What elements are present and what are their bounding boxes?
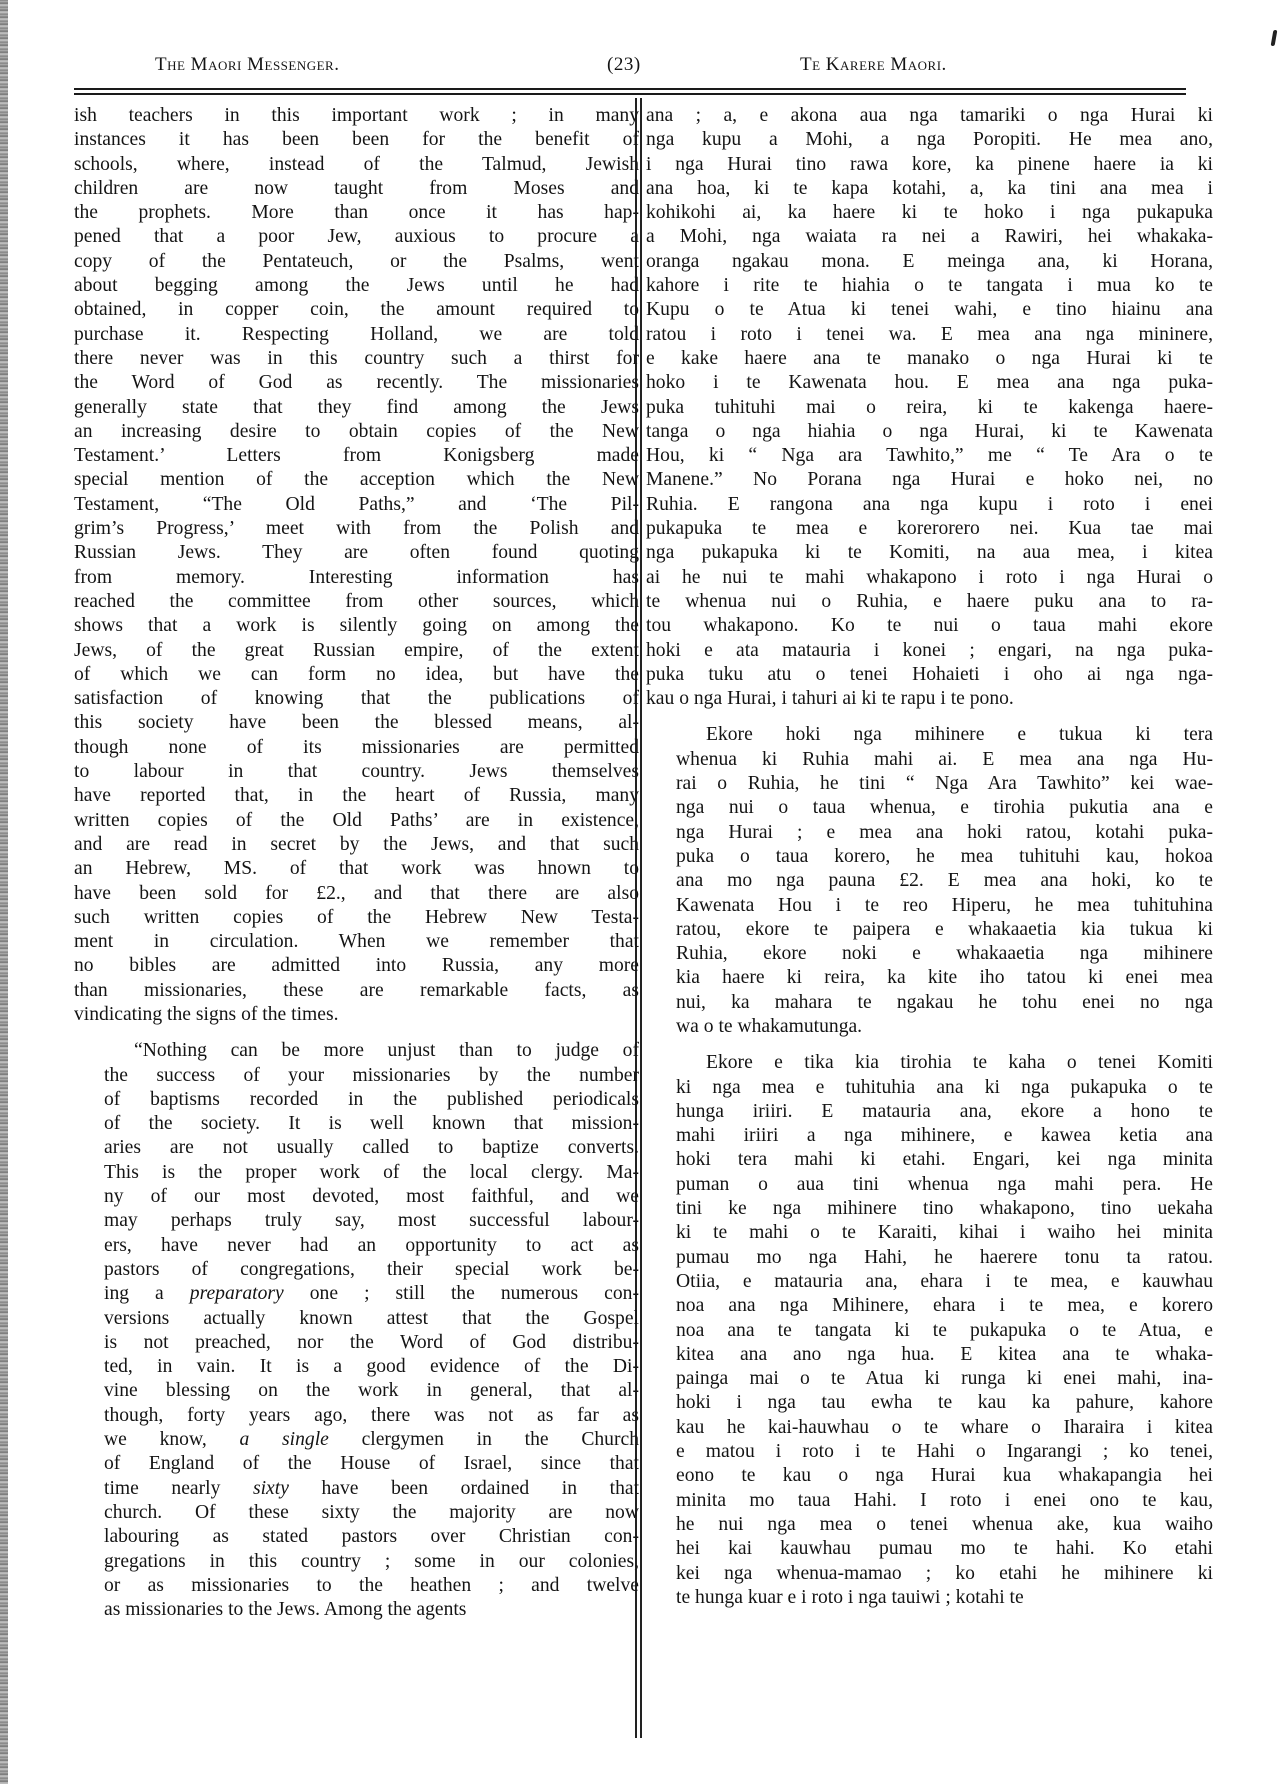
text-line: e matou i roto i te Hahi o Ingarangi ; k… <box>646 1440 1213 1464</box>
text-line: rai o Ruhia, he tini “ Nga Ara Tawhito” … <box>646 772 1213 796</box>
text-line: This is the proper work of the local cle… <box>74 1161 639 1185</box>
text-line: e kake haere ana te manako o nga Hurai k… <box>646 347 1213 371</box>
text-line: oranga ngakau mona. E meinga ana, ki Hor… <box>646 250 1213 274</box>
text-line: satisfaction of knowing that the publica… <box>74 687 639 711</box>
text-line: kohikohi ai, ka haere ki te hoko i nga p… <box>646 201 1213 225</box>
text-line: ana hoa, ki te kapa kotahi, a, ka tini a… <box>646 177 1213 201</box>
text-line: kei nga whenua-mamao ; ko etahi he mihin… <box>646 1562 1213 1586</box>
text-line: pened that a poor Jew, auxious to procur… <box>74 225 639 249</box>
text-line: shows that a work is silently going on a… <box>74 614 639 638</box>
paragraph: Ekore hoki nga mihinere e tukua ki teraw… <box>646 723 1213 1039</box>
page-number: (23) <box>607 54 641 76</box>
text-line: an increasing desire to obtain copies of… <box>74 420 639 444</box>
text-line: of which we can form no idea, but have t… <box>74 663 639 687</box>
text-line: purchase it. Respecting Holland, we are … <box>74 323 639 347</box>
text-line: we know, a single clergymen in the Churc… <box>74 1428 639 1452</box>
text-line: as missionaries to the Jews. Among the a… <box>74 1598 639 1622</box>
text-line: Testament.’ Letters from Konigsberg made <box>74 444 639 468</box>
english-column: ish teachers in this important work ; in… <box>74 104 639 1622</box>
text-line: a Mohi, nga waiata ra nei a Rawiri, hei … <box>646 225 1213 249</box>
text-line: ana mo nga pauna £2. E mea ana hoki, ko … <box>646 869 1213 893</box>
publication-title-maori: Te Karere Maori. <box>800 54 947 76</box>
paragraph: ana ; a, e akona aua nga tamariki o nga … <box>646 104 1213 711</box>
text-line: from memory. Interesting information has <box>74 566 639 590</box>
text-line: may perhaps truly say, most successful l… <box>74 1209 639 1233</box>
text-line: though, forty years ago, there was not a… <box>74 1404 639 1428</box>
text-line: ers, have never had an opportunity to ac… <box>74 1234 639 1258</box>
text-line: wa o te whakamutunga. <box>646 1015 1213 1039</box>
text-line: nga nui o taua whenua, e tirohia pukutia… <box>646 796 1213 820</box>
text-line: hoki e ata matauria i konei ; engari, na… <box>646 639 1213 663</box>
text-line: hoki i nga tau ewha te kau ka pahure, ka… <box>646 1391 1213 1415</box>
text-line: te hunga kuar e i roto i nga tauiwi ; ko… <box>646 1586 1213 1610</box>
text-line: ratou, ekore te paipera e whakaaetia kia… <box>646 918 1213 942</box>
text-line: church. Of these sixty the majority are … <box>74 1501 639 1525</box>
text-line: Ekore e tika kia tirohia te kaha o tenei… <box>646 1051 1213 1075</box>
text-line: copy of the Pentateuch, or the Psalms, w… <box>74 250 639 274</box>
text-line: Kupu o te Atua ki tenei wahi, e tino hia… <box>646 298 1213 322</box>
text-line: or as missionaries to the heathen ; and … <box>74 1574 639 1598</box>
text-line: minita mo taua Hahi. I roto i enei ono t… <box>646 1489 1213 1513</box>
header-rule-thin <box>74 93 1186 95</box>
text-line: nui, ka mahara te ngakau he tohu enei no… <box>646 991 1213 1015</box>
text-line: Jews, of the great Russian empire, of th… <box>74 639 639 663</box>
text-line: vine blessing on the work in general, th… <box>74 1379 639 1403</box>
text-line: hoki tera mahi ki etahi. Engari, kei nga… <box>646 1148 1213 1172</box>
text-line: tanga o nga hiahia o nga Hurai, ki te Ka… <box>646 420 1213 444</box>
text-line: special mention of the acception which t… <box>74 468 639 492</box>
text-line: tou whakapono. Ko te nui o taua mahi eko… <box>646 614 1213 638</box>
text-line: Otiia, e matauria ana, ehara i te mea, e… <box>646 1270 1213 1294</box>
text-line: puka tuhituhi mai o reira, ki te kakenga… <box>646 396 1213 420</box>
publication-title-english: The Maori Messenger. <box>155 54 339 76</box>
maori-column: ana ; a, e akona aua nga tamariki o nga … <box>646 104 1213 1610</box>
text-line: nga Hurai ; e mea ana hoki ratou, kotahi… <box>646 821 1213 845</box>
paragraph: ish teachers in this important work ; in… <box>74 104 639 1027</box>
text-line: this society have been the blessed means… <box>74 711 639 735</box>
text-line: ki nga mea e tuhituhia ana ki nga pukapu… <box>646 1076 1213 1100</box>
text-line: Hou, ki “ Nga ara Tawhito,” me “ Te Ara … <box>646 444 1213 468</box>
running-header: The Maori Messenger. (23) Te Karere Maor… <box>0 48 1280 82</box>
text-line: painga mai o te Atua ki runga ki enei ma… <box>646 1367 1213 1391</box>
header-rule-thick <box>74 88 1186 90</box>
text-line: vindicating the signs of the times. <box>74 1003 639 1027</box>
text-line: i nga Hurai tino rawa kore, ka pinene ha… <box>646 153 1213 177</box>
text-line: te whenua nui o Ruhia, e haere puku ana … <box>646 590 1213 614</box>
text-line: mahi iriiri a nga mihinere, e kawea keti… <box>646 1124 1213 1148</box>
text-line: noa ana nga Mihinere, ehara i te mea, e … <box>646 1294 1213 1318</box>
text-line: eono te kau o nga Hurai kua whakapangia … <box>646 1464 1213 1488</box>
text-line: of baptisms recorded in the published pe… <box>74 1088 639 1112</box>
text-line: kau o nga Hurai, i tahuri ai ki te rapu … <box>646 687 1213 711</box>
text-line: nga kupu a Mohi, a nga Poropiti. He mea … <box>646 128 1213 152</box>
text-line: versions actually known attest that the … <box>74 1307 639 1331</box>
text-line: ment in circulation. When we remember th… <box>74 930 639 954</box>
text-line: he nui nga mea o tenei whenua ake, kua w… <box>646 1513 1213 1537</box>
paragraph: “Nothing can be more unjust than to judg… <box>74 1039 639 1622</box>
text-line: Ruhia, ekore noki e whakaaetia nga mihin… <box>646 942 1213 966</box>
text-line: such written copies of the Hebrew New Te… <box>74 906 639 930</box>
text-line: labouring as stated pastors over Christi… <box>74 1525 639 1549</box>
text-line: grim’s Progress,’ meet with from the Pol… <box>74 517 639 541</box>
text-line: the success of your missionaries by the … <box>74 1064 639 1088</box>
text-line: the prophets. More than once it has hap- <box>74 201 639 225</box>
text-line: aries are not usually called to baptize … <box>74 1136 639 1160</box>
text-line: kitea ana ano nga hua. E kitea ana te wh… <box>646 1343 1213 1367</box>
text-line: gregations in this country ; some in our… <box>74 1550 639 1574</box>
text-line: kau he kai-hauwhau o te whare o Iharaira… <box>646 1416 1213 1440</box>
text-line: and are read in secret by the Jews, and … <box>74 833 639 857</box>
text-line: written copies of the Old Paths’ are in … <box>74 809 639 833</box>
text-line: puka o taua korero, he mea tuhituhi kau,… <box>646 845 1213 869</box>
text-line: pastors of congregations, their special … <box>74 1258 639 1282</box>
text-line: than missionaries, these are remarkable … <box>74 979 639 1003</box>
text-line: generally state that they find among the… <box>74 396 639 420</box>
text-line: ki te mahi o te Karaiti, kihai i waiho h… <box>646 1221 1213 1245</box>
text-line: hei kai kauwhau pumau mo te hahi. Ko eta… <box>646 1537 1213 1561</box>
text-line: have reported that, in the heart of Russ… <box>74 784 639 808</box>
text-line: hoko i te Kawenata hou. E mea ana nga pu… <box>646 371 1213 395</box>
text-line: to labour in that country. Jews themselv… <box>74 760 639 784</box>
text-line: puka tuku atu o tenei Hohaieti i oho ai … <box>646 663 1213 687</box>
text-line: whenua ki Ruhia mahi ai. E mea ana nga H… <box>646 748 1213 772</box>
text-line: kahore i rite te hiahia o te tangata i m… <box>646 274 1213 298</box>
text-line: about begging among the Jews until he ha… <box>74 274 639 298</box>
paragraph: Ekore e tika kia tirohia te kaha o tenei… <box>646 1051 1213 1610</box>
text-line: there never was in this country such a t… <box>74 347 639 371</box>
text-line: tini ke nga mihinere tino whakapono, tin… <box>646 1197 1213 1221</box>
text-line: ny of our most devoted, most faithful, a… <box>74 1185 639 1209</box>
text-line: ted, in vain. It is a good evidence of t… <box>74 1355 639 1379</box>
text-line: have been sold for £2., and that there a… <box>74 882 639 906</box>
text-line: “Nothing can be more unjust than to judg… <box>74 1039 639 1063</box>
scan-artifact-mark <box>1271 30 1278 46</box>
text-line: of the society. It is well known that mi… <box>74 1112 639 1136</box>
text-line: Russian Jews. They are often found quoti… <box>74 541 639 565</box>
text-line: obtained, in copper coin, the amount req… <box>74 298 639 322</box>
text-line: ana ; a, e akona aua nga tamariki o nga … <box>646 104 1213 128</box>
text-line: hunga iriiri. E matauria ana, ekore a ho… <box>646 1100 1213 1124</box>
text-line: of England of the House of Israel, since… <box>74 1452 639 1476</box>
text-line: reached the committee from other sources… <box>74 590 639 614</box>
text-line: ing a preparatory one ; still the numero… <box>74 1282 639 1306</box>
text-line: Ekore hoki nga mihinere e tukua ki tera <box>646 723 1213 747</box>
page-binding-edge <box>0 0 8 1784</box>
text-line: ratou i roto i tenei wa. E mea ana nga m… <box>646 323 1213 347</box>
text-line: ai he nui te mahi whakapono i roto i nga… <box>646 566 1213 590</box>
text-line: the Word of God as recently. The mission… <box>74 371 639 395</box>
text-line: Testament, “The Old Paths,” and ‘The Pil… <box>74 493 639 517</box>
text-line: kia haere ki reira, ka kite iho tatou ki… <box>646 966 1213 990</box>
text-line: puman o aua tini whenua nga mahi pera. H… <box>646 1173 1213 1197</box>
text-line: noa ana te tangata ki te pukapuka o te A… <box>646 1319 1213 1343</box>
text-line: instances it has been been for the benef… <box>74 128 639 152</box>
column-divider-rule <box>640 98 642 1738</box>
text-line: pumau mo nga Hahi, he haerere tonu ta ra… <box>646 1246 1213 1270</box>
text-line: Manene.” No Porana nga Hurai e hoko nei,… <box>646 468 1213 492</box>
text-line: Ruhia. E rangona ana nga kupu i roto i e… <box>646 493 1213 517</box>
text-line: pukapuka te mea e korerorero nei. Kua ta… <box>646 517 1213 541</box>
text-line: ish teachers in this important work ; in… <box>74 104 639 128</box>
text-line: time nearly sixty have been ordained in … <box>74 1477 639 1501</box>
text-line: no bibles are admitted into Russia, any … <box>74 954 639 978</box>
text-line: is not preached, nor the Word of God dis… <box>74 1331 639 1355</box>
text-line: an Hebrew, MS. of that work was hnown to <box>74 857 639 881</box>
text-line: nga pukapuka ki te Komiti, na aua mea, i… <box>646 541 1213 565</box>
text-line: though none of its missionaries are perm… <box>74 736 639 760</box>
text-line: Kawenata Hou i te reo Hiperu, he mea tuh… <box>646 894 1213 918</box>
text-line: schools, where, instead of the Talmud, J… <box>74 153 639 177</box>
text-line: children are now taught from Moses and <box>74 177 639 201</box>
